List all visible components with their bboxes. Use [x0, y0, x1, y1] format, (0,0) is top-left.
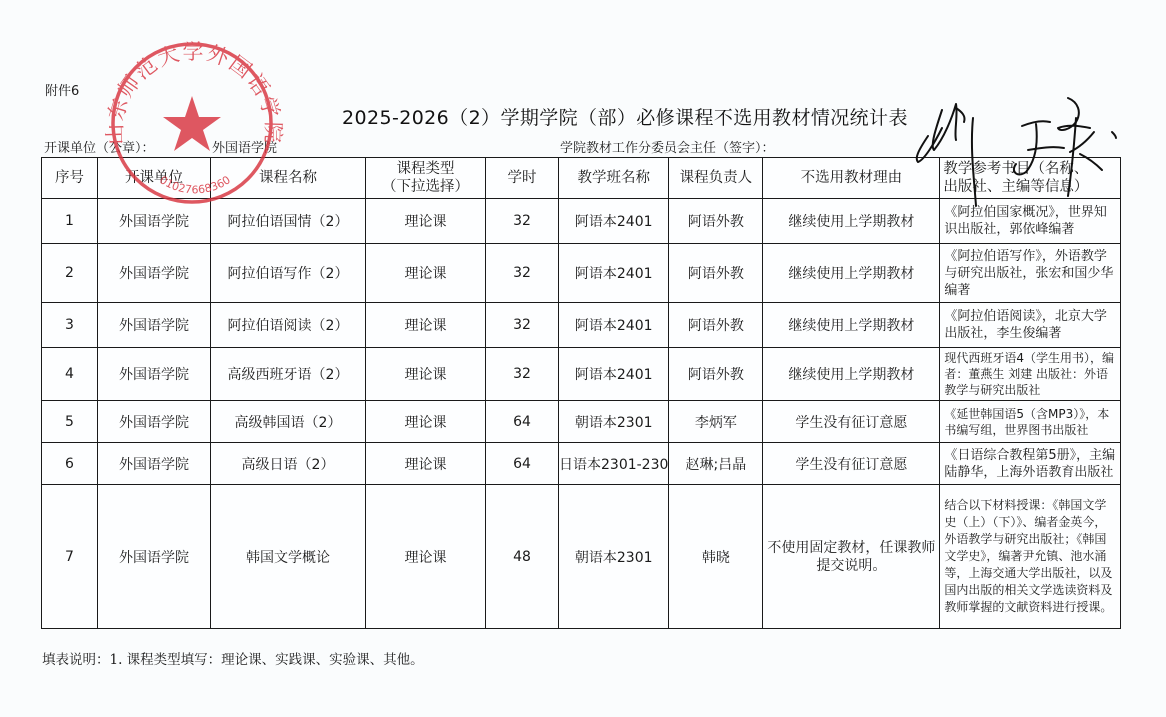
unit-value: 外国语学院	[212, 137, 277, 156]
cell-type: 理论课	[366, 401, 486, 443]
header-hours: 学时	[486, 158, 559, 199]
cell-no: 7	[42, 485, 98, 629]
cell-no: 5	[42, 401, 98, 443]
cell-course: 韩国文学概论	[211, 485, 366, 629]
header-reference-line2: 出版社、主编等信息）	[943, 178, 1117, 196]
table-header-row: 序号 开课单位 课程名称 课程类型 （下拉选择） 学时 教学班名称 课程负责人 …	[42, 158, 1121, 199]
cell-type: 理论课	[366, 199, 486, 244]
cell-class: 阿语本2401	[559, 303, 669, 348]
cell-course: 高级韩国语（2）	[211, 401, 366, 443]
cell-owner: 赵琳;吕晶	[669, 443, 763, 485]
cell-hours: 32	[486, 199, 559, 244]
cell-type: 理论课	[366, 485, 486, 629]
cell-reason: 学生没有征订意愿	[763, 401, 940, 443]
unit-label: 开课单位（公章）：	[44, 137, 155, 156]
cell-class: 阿语本2401	[559, 199, 669, 244]
cell-no: 2	[42, 244, 98, 303]
cell-no: 1	[42, 199, 98, 244]
table-row: 4 外国语学院 高级西班牙语（2） 理论课 32 阿语本2401 阿语外教 继续…	[42, 348, 1121, 401]
header-owner: 课程负责人	[669, 158, 763, 199]
header-reference-line1: 教学参考书目（名称、	[943, 160, 1117, 178]
cell-owner: 李炳军	[669, 401, 763, 443]
cell-hours: 32	[486, 244, 559, 303]
cell-reference: 《阿拉伯语写作》，外语教学与研究出版社，张宏和国少华编著	[940, 244, 1121, 303]
seal-text: 山东师范大学外国语学院	[103, 40, 285, 145]
cell-reason: 继续使用上学期教材	[763, 244, 940, 303]
cell-owner: 阿语外教	[669, 303, 763, 348]
header-unit: 开课单位	[98, 158, 211, 199]
footnote: 填表说明：1. 课程类型填写：理论课、实践课、实验课、其他。	[42, 648, 424, 668]
cell-owner: 阿语外教	[669, 348, 763, 401]
header-course: 课程名称	[211, 158, 366, 199]
header-class: 教学班名称	[559, 158, 669, 199]
cell-no: 3	[42, 303, 98, 348]
cell-hours: 32	[486, 303, 559, 348]
cell-reference: 《延世韩国语5（含MP3）》，本书编写组，世界图书出版社	[940, 401, 1121, 443]
header-reference: 教学参考书目（名称、 出版社、主编等信息）	[940, 158, 1121, 199]
cell-reference: 现代西班牙语4（学生用书），编者：董燕生 刘建 出版社：外语教学与研究出版社	[940, 348, 1121, 401]
cell-reason: 学生没有征订意愿	[763, 443, 940, 485]
cell-unit: 外国语学院	[98, 401, 211, 443]
table-row: 7 外国语学院 韩国文学概论 理论课 48 朝语本2301 韩晓 不使用固定教材…	[42, 485, 1121, 629]
textbook-statistics-table: 序号 开课单位 课程名称 课程类型 （下拉选择） 学时 教学班名称 课程负责人 …	[41, 157, 1121, 629]
director-signature-label: 学院教材工作分委员会主任（签字）：	[560, 137, 775, 156]
cell-unit: 外国语学院	[98, 244, 211, 303]
cell-course: 高级日语（2）	[211, 443, 366, 485]
cell-class: 朝语本2301	[559, 401, 669, 443]
header-type: 课程类型 （下拉选择）	[366, 158, 486, 199]
table-row: 2 外国语学院 阿拉伯语写作（2） 理论课 32 阿语本2401 阿语外教 继续…	[42, 244, 1121, 303]
cell-no: 6	[42, 443, 98, 485]
cell-hours: 64	[486, 401, 559, 443]
table-row: 1 外国语学院 阿拉伯语国情（2） 理论课 32 阿语本2401 阿语外教 继续…	[42, 199, 1121, 244]
cell-course: 高级西班牙语（2）	[211, 348, 366, 401]
header-type-line1: 课程类型	[369, 160, 482, 178]
svg-text:山东师范大学外国语学院: 山东师范大学外国语学院	[103, 40, 285, 145]
cell-class: 朝语本2301	[559, 485, 669, 629]
cell-course: 阿拉伯语国情（2）	[211, 199, 366, 244]
cell-hours: 64	[486, 443, 559, 485]
cell-reference-text: 《延世韩国语5（含MP3）》，本书编写组，世界图书出版社	[944, 406, 1116, 438]
cell-unit: 外国语学院	[98, 199, 211, 244]
cell-reason: 继续使用上学期教材	[763, 348, 940, 401]
cell-class: 阿语本2401	[559, 244, 669, 303]
cell-no: 4	[42, 348, 98, 401]
page-title: 2025-2026（2）学期学院（部）必修课程不选用教材情况统计表	[342, 103, 908, 130]
cell-type: 理论课	[366, 348, 486, 401]
cell-owner: 阿语外教	[669, 199, 763, 244]
table-row: 3 外国语学院 阿拉伯语阅读（2） 理论课 32 阿语本2401 阿语外教 继续…	[42, 303, 1121, 348]
cell-reason: 继续使用上学期教材	[763, 303, 940, 348]
cell-unit: 外国语学院	[98, 485, 211, 629]
cell-class: 日语本2301-230	[559, 443, 669, 485]
cell-type: 理论课	[366, 303, 486, 348]
attachment-label: 附件6	[45, 80, 79, 99]
cell-type: 理论课	[366, 443, 486, 485]
cell-reason: 不使用固定教材，任课教师提交说明。	[763, 485, 940, 629]
cell-unit: 外国语学院	[98, 348, 211, 401]
cell-reference: 《日语综合教程第5册》，主编陆静华，上海外语教育出版社	[940, 443, 1121, 485]
cell-type: 理论课	[366, 244, 486, 303]
cell-course: 阿拉伯语阅读（2）	[211, 303, 366, 348]
cell-reference: 《阿拉伯国家概况》，世界知识出版社，郭依峰编著	[940, 199, 1121, 244]
header-type-line2: （下拉选择）	[369, 178, 482, 196]
cell-reference: 结合以下材料授课：《韩国文学史（上）（下）》、编者金英今，外语教学与研究出版社；…	[940, 485, 1121, 629]
cell-course: 阿拉伯语写作（2）	[211, 244, 366, 303]
cell-class: 阿语本2401	[559, 348, 669, 401]
cell-reason: 继续使用上学期教材	[763, 199, 940, 244]
cell-unit: 外国语学院	[98, 303, 211, 348]
table-row: 6 外国语学院 高级日语（2） 理论课 64 日语本2301-230 赵琳;吕晶…	[42, 443, 1121, 485]
cell-hours: 32	[486, 348, 559, 401]
header-no: 序号	[42, 158, 98, 199]
cell-owner: 阿语外教	[669, 244, 763, 303]
table-row: 5 外国语学院 高级韩国语（2） 理论课 64 朝语本2301 李炳军 学生没有…	[42, 401, 1121, 443]
cell-owner: 韩晓	[669, 485, 763, 629]
cell-hours: 48	[486, 485, 559, 629]
cell-reference: 《阿拉伯语阅读》，北京大学出版社，李生俊编著	[940, 303, 1121, 348]
header-reason: 不选用教材理由	[763, 158, 940, 199]
cell-unit: 外国语学院	[98, 443, 211, 485]
